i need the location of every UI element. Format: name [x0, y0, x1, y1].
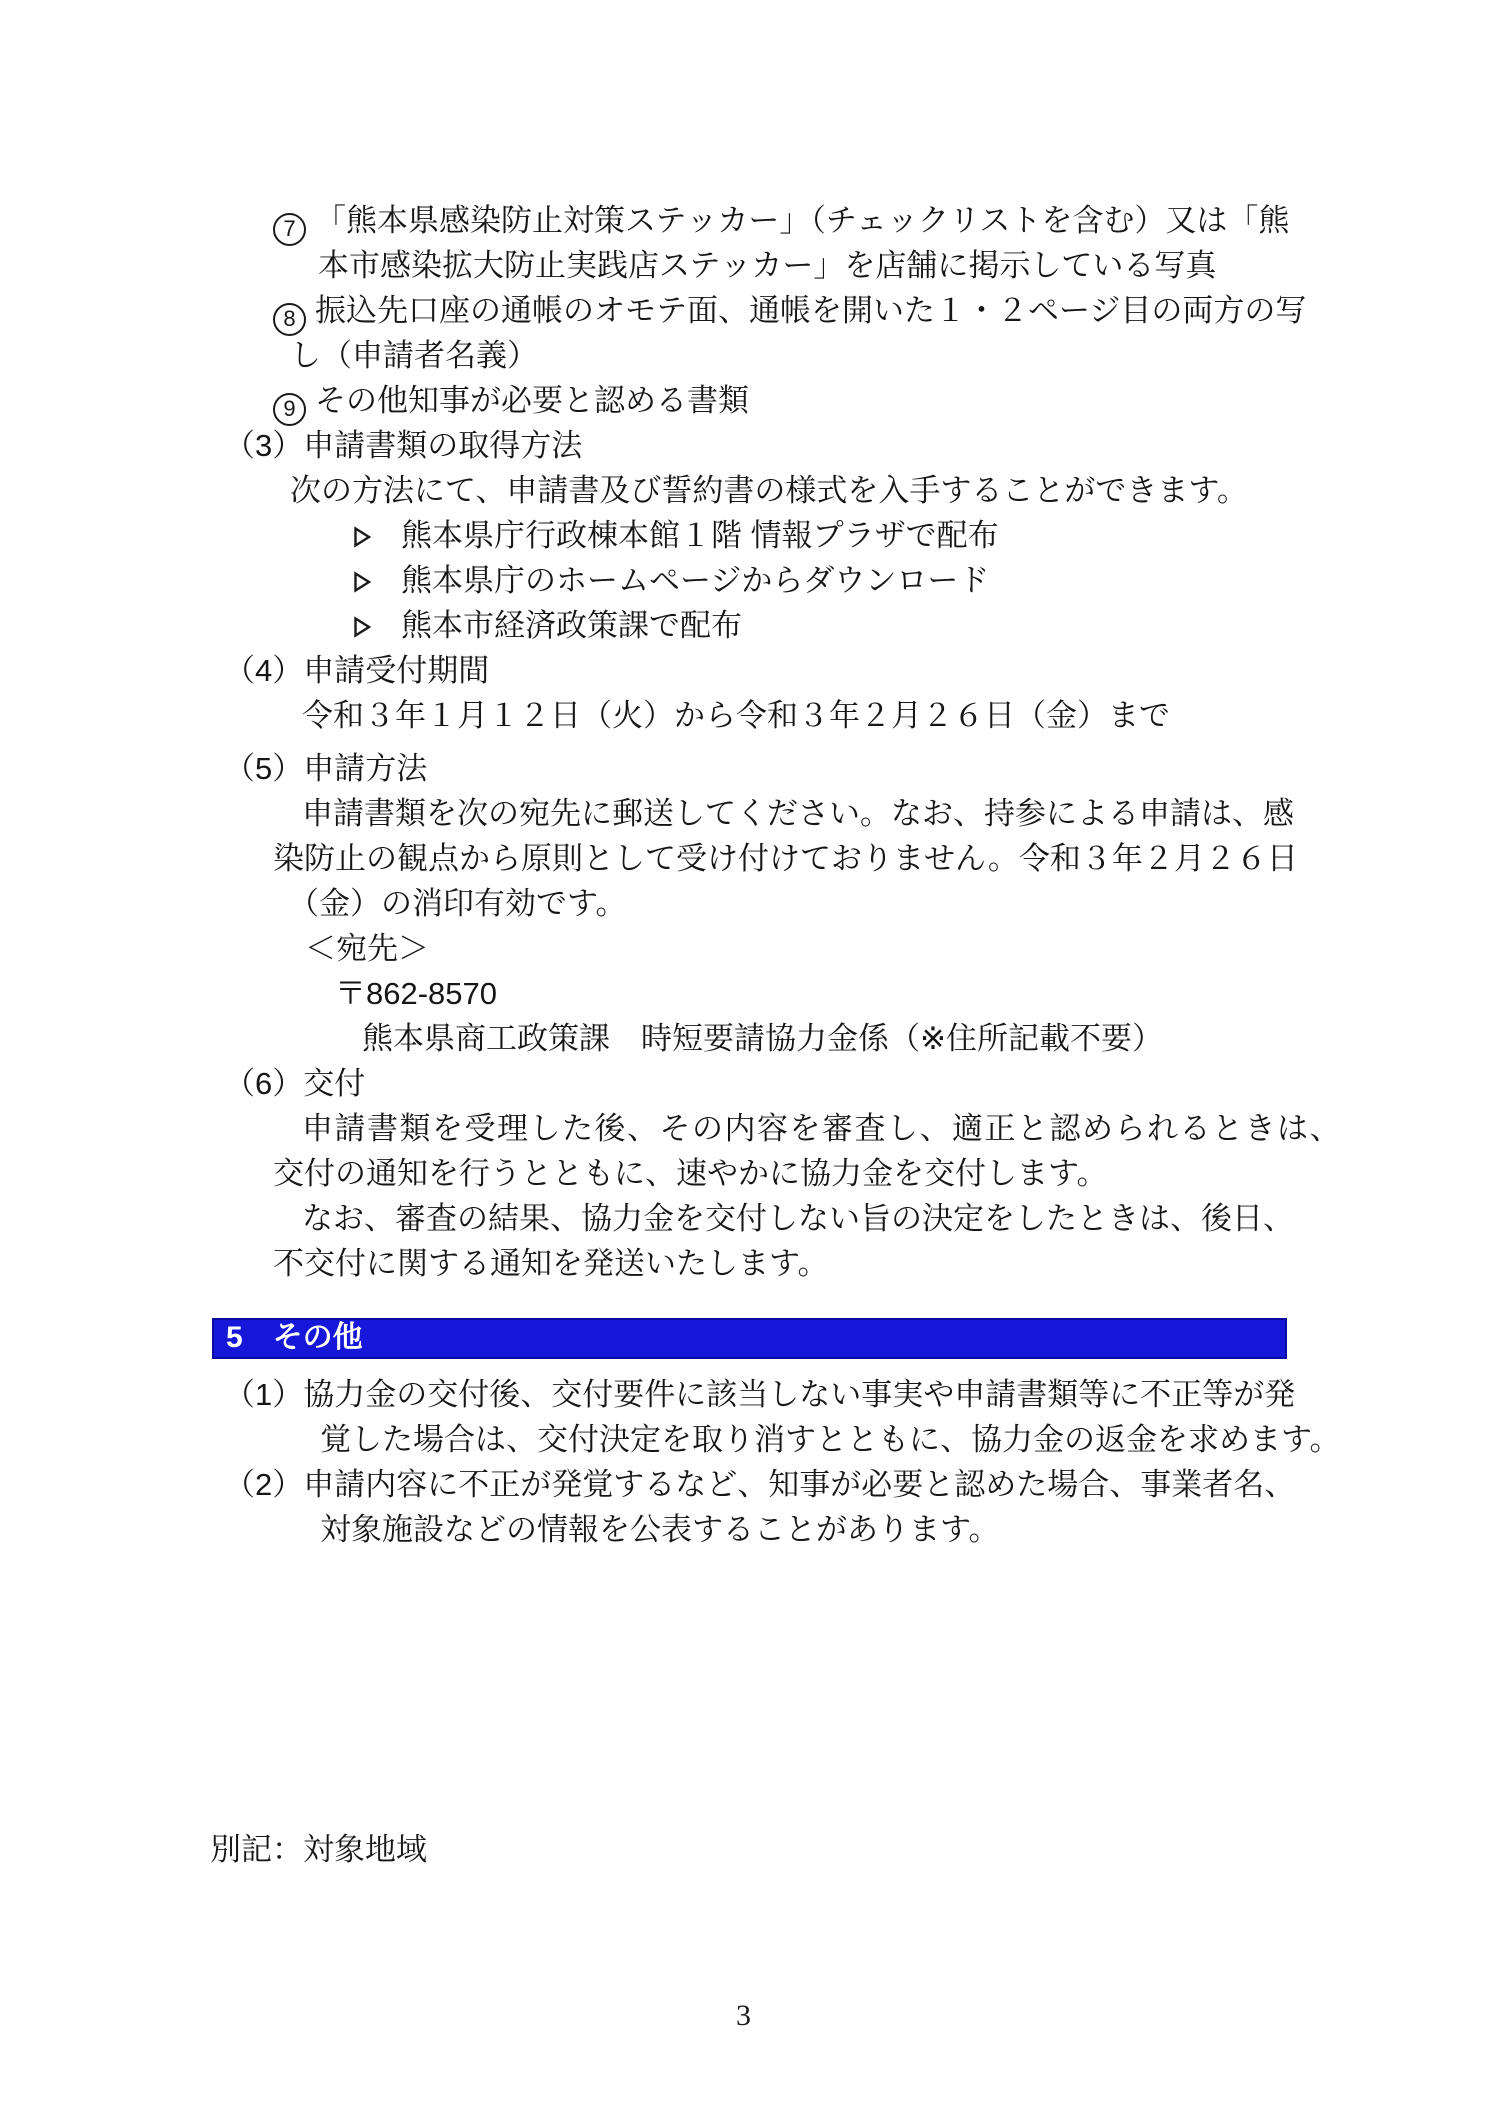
attachment-item-9: 9その他知事が必要と認める書類	[273, 378, 1487, 423]
section4-period: 令和３年１月１２日（火）から令和３年２月２６日（金）まで	[302, 693, 1487, 738]
section3-bullet-1: 熊本県庁行政棟本館１階 情報プラザで配布	[353, 513, 1487, 558]
arrow-bullet-icon	[353, 515, 373, 560]
other-item2-line2: 対象施設などの情報を公表することがあります。	[320, 1507, 1487, 1552]
attachment-item-8: 8振込先口座の通帳のオモテ面、通帳を開いた１・２ページ目の両方の写	[273, 288, 1487, 333]
section5-para-line1: 申請書類を次の宛先に郵送してください。なお、持参による申請は、感	[302, 791, 1487, 836]
attachment-item-7: 7「熊本県感染防止対策ステッカー」（チェックリストを含む）又は「熊	[273, 198, 1487, 243]
section6-para1-line1: 申請書類を受理した後、その内容を審査し、適正と認められるときは、	[302, 1106, 1487, 1151]
document-body: 7「熊本県感染防止対策ステッカー」（チェックリストを含む）又は「熊 本市感染拡大…	[0, 0, 1487, 2038]
section5-postal-code: 〒862-8570	[335, 971, 1487, 1016]
section6-para2-line1: なお、審査の結果、協力金を交付しない旨の決定をしたときは、後日、	[302, 1196, 1487, 1241]
section3-bullet-2-label: 熊本県庁のホームページからダウンロード	[401, 563, 989, 598]
section5-para-line2: 染防止の観点から原則として受け付けておりません。令和３年２月２６日	[273, 836, 1487, 881]
section-other-header-bar: 5その他	[212, 1318, 1287, 1359]
attachment-item-7-line1: 「熊本県感染防止対策ステッカー」（チェックリストを含む）又は「熊	[315, 203, 1289, 238]
section3-heading: （3）申請書類の取得方法	[224, 423, 1487, 468]
document-page: 7「熊本県感染防止対策ステッカー」（チェックリストを含む）又は「熊 本市感染拡大…	[0, 0, 1487, 2105]
section4-heading: （4）申請受付期間	[224, 648, 1487, 693]
circled-8-digit: 8	[283, 308, 295, 330]
section5-address-label: ＜宛先＞	[305, 926, 1487, 971]
section3-bullet-3: 熊本市経済政策課で配布	[353, 603, 1487, 648]
section-other-number: 5	[226, 1321, 243, 1354]
page-number: 3	[0, 1993, 1487, 2038]
attachment-item-8-line1: 振込先口座の通帳のオモテ面、通帳を開いた１・２ページ目の両方の写	[315, 293, 1306, 328]
section3-intro: 次の方法にて、申請書及び誓約書の様式を入手することができます。	[290, 468, 1487, 513]
appendix-note: 別記：対象地域	[210, 1827, 1487, 1872]
attachment-item-9-line1: その他知事が必要と認める書類	[315, 383, 749, 418]
arrow-bullet-icon	[353, 560, 373, 605]
section5-para-line3: （金）の消印有効です。	[288, 881, 1487, 926]
section6-para2-line2: 不交付に関する通知を発送いたします。	[273, 1241, 1487, 1286]
section3-bullet-2: 熊本県庁のホームページからダウンロード	[353, 558, 1487, 603]
section-other-title: その他	[273, 1321, 363, 1354]
section6-heading: （6）交付	[224, 1061, 1487, 1106]
attachment-item-8-line2: し（申請者名義）	[290, 333, 1487, 378]
section3-bullet-1-label: 熊本県庁行政棟本館１階 情報プラザで配布	[401, 518, 999, 553]
attachment-item-7-line2: 本市感染拡大防止実践店ステッカー」を店舗に掲示している写真	[318, 243, 1487, 288]
circled-7-digit: 7	[283, 218, 295, 240]
circled-9-digit: 9	[283, 398, 295, 420]
section5-heading: （5）申請方法	[224, 746, 1487, 791]
section5-addressee: 熊本県商工政策課 時短要請協力金係（※住所記載不要）	[362, 1016, 1487, 1061]
section6-para1-line2: 交付の通知を行うとともに、速やかに協力金を交付します。	[273, 1151, 1487, 1196]
other-item1-line2: 覚した場合は、交付決定を取り消すとともに、協力金の返金を求めます。	[320, 1417, 1487, 1462]
circled-7-marker: 7	[273, 213, 306, 246]
circled-9-marker: 9	[273, 393, 306, 426]
other-item1-line1: （1）協力金の交付後、交付要件に該当しない事実や申請書類等に不正等が発	[224, 1372, 1487, 1417]
other-item2-line1: （2）申請内容に不正が発覚するなど、知事が必要と認めた場合、事業者名、	[224, 1462, 1487, 1507]
circled-8-marker: 8	[273, 303, 306, 336]
section3-bullet-3-label: 熊本市経済政策課で配布	[401, 608, 742, 643]
arrow-bullet-icon	[353, 605, 373, 650]
